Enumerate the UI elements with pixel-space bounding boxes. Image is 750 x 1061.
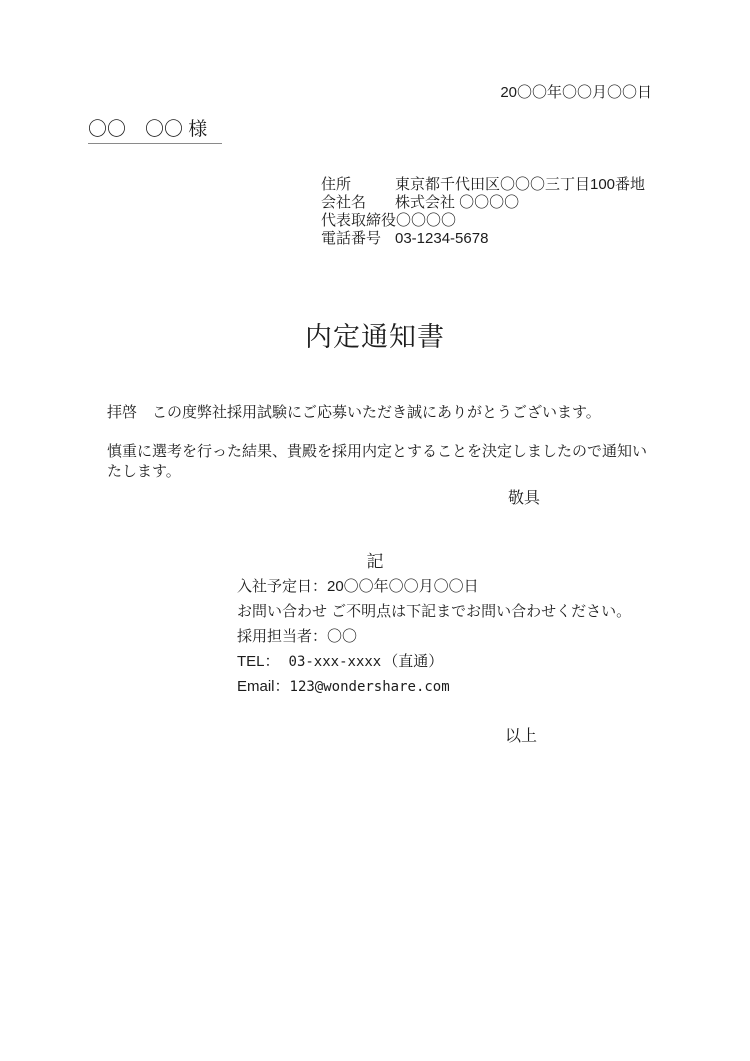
sender-value-company: 株式会社 〇〇〇〇: [395, 194, 519, 212]
sender-row-company: 会社名 株式会社 〇〇〇〇: [321, 194, 645, 212]
tel-label: TEL：: [237, 653, 280, 670]
letter-body: 拝啓 この度弊社採用試験にご応募いただき誠にありがとうございます。 慎重に選考を…: [107, 403, 677, 482]
detail-tel-line: TEL：03-xxx-xxxx（直通）: [237, 649, 631, 674]
closing-word: 敬具: [508, 489, 540, 508]
end-mark: 以上: [505, 727, 537, 746]
document-date: 20〇〇年〇〇月〇〇日: [500, 84, 652, 102]
detail-contact-person: 採用担当者：〇〇: [237, 624, 631, 649]
document-title: 内定通知書: [0, 321, 750, 353]
recipient-block: 〇〇 〇〇 様: [88, 119, 222, 144]
tel-suffix: （直通）: [383, 653, 443, 670]
details-list: 入社予定日：20〇〇年〇〇月〇〇日 お問い合わせ ご不明点は下記までお問い合わせ…: [237, 574, 631, 699]
sender-label-company: 会社名: [321, 194, 395, 212]
sender-label-address: 住所: [321, 176, 395, 194]
sender-row-address: 住所 東京都千代田区〇〇〇三丁目100番地: [321, 176, 645, 194]
greeting-paragraph: 拝啓 この度弊社採用試験にご応募いただき誠にありがとうございます。: [107, 403, 677, 423]
sender-row-phone: 電話番号 03-1234-5678: [321, 230, 645, 248]
sender-label-representative: 代表取締役: [321, 212, 396, 230]
notification-line-1: 慎重に選考を行った結果、貴殿を採用内定とすることを決定しましたので通知い: [107, 442, 677, 462]
details-heading: 記: [0, 552, 750, 572]
detail-email-line: Email：123@wondershare.com: [237, 674, 631, 699]
sender-row-representative: 代表取締役 〇〇〇〇: [321, 212, 645, 230]
sender-label-phone: 電話番号: [321, 230, 395, 248]
sender-value-representative: 〇〇〇〇: [396, 212, 456, 230]
tel-value: 03-xxx-xxxx: [289, 654, 382, 670]
sender-value-phone: 03-1234-5678: [395, 230, 488, 248]
email-value: 123@wondershare.com: [290, 679, 450, 695]
notification-line-2: たします。: [107, 462, 677, 482]
notification-paragraph: 慎重に選考を行った結果、貴殿を採用内定とすることを決定しましたので通知い たしま…: [107, 442, 677, 482]
sender-info: 住所 東京都千代田区〇〇〇三丁目100番地 会社名 株式会社 〇〇〇〇 代表取締…: [321, 176, 645, 248]
detail-inquiry-note: お問い合わせ ご不明点は下記までお問い合わせください。: [237, 599, 631, 624]
sender-value-address: 東京都千代田区〇〇〇三丁目100番地: [395, 176, 645, 194]
offer-letter-document: 20〇〇年〇〇月〇〇日 〇〇 〇〇 様 住所 東京都千代田区〇〇〇三丁目100番…: [0, 0, 750, 1061]
email-label: Email：: [237, 678, 290, 695]
recipient-name: 〇〇 〇〇 様: [88, 119, 222, 144]
detail-start-date: 入社予定日：20〇〇年〇〇月〇〇日: [237, 574, 631, 599]
